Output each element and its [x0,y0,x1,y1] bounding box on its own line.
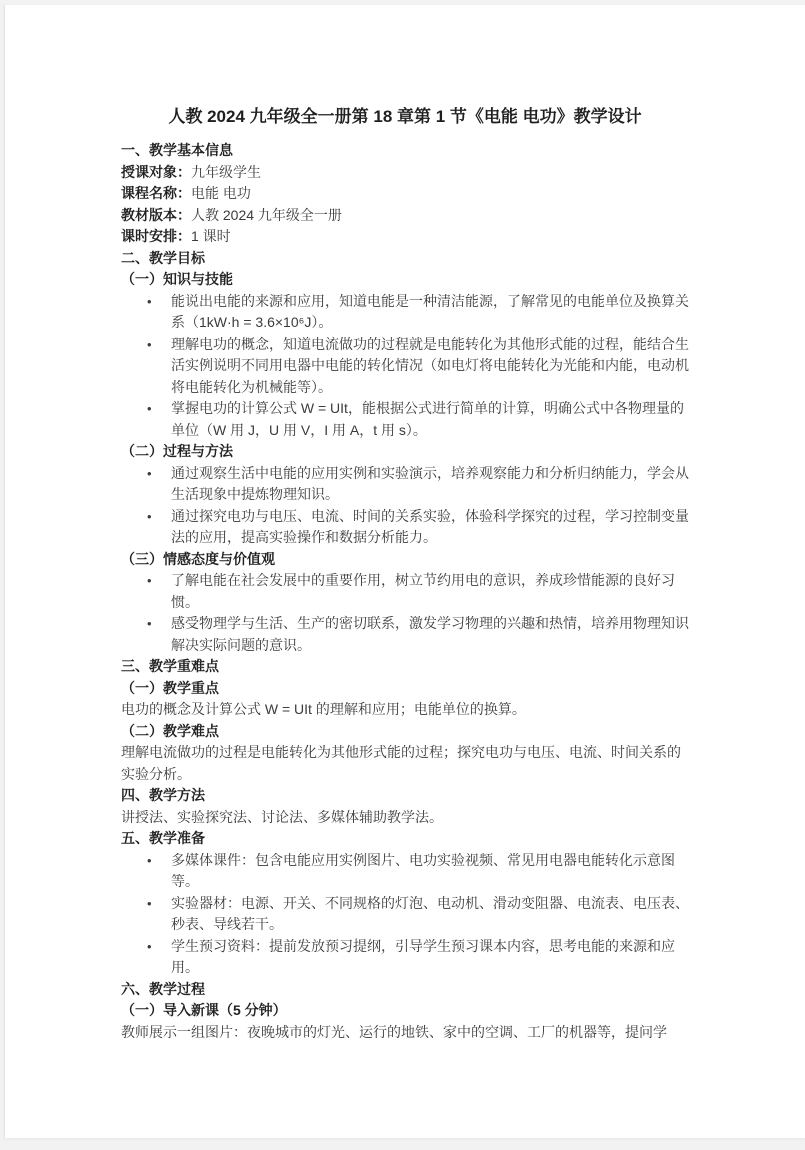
bullet-text: 通过观察生活中电能的应用实例和实验演示，培养观察能力和分析归纳能力，学会从生活现… [171,463,689,506]
bullet-item: •了解电能在社会发展中的重要作用，树立节约用电的意识，养成珍惜能源的良好习惯。 [121,570,689,613]
bullet-text: 掌握电功的计算公式 W = UIt，能根据公式进行简单的计算，明确公式中各物理量… [171,398,689,441]
sub-heading: （三）情感态度与价值观 [121,549,689,571]
sub-heading: （一）教学重点 [121,678,689,700]
bullet-icon: • [147,570,171,613]
sub-heading: （一）知识与技能 [121,269,689,291]
field-line: 课时安排：1 课时 [121,226,689,248]
bullet-item: •感受物理学与生活、生产的密切联系，激发学习物理的兴趣和热情，培养用物理知识解决… [121,613,689,656]
bullet-text: 实验器材：电源、开关、不同规格的灯泡、电动机、滑动变阻器、电流表、电压表、秒表、… [171,893,689,936]
document-title: 人教 2024 九年级全一册第 18 章第 1 节《电能 电功》教学设计 [121,104,689,130]
document-content: 人教 2024 九年级全一册第 18 章第 1 节《电能 电功》教学设计 一、教… [5,5,805,1043]
bullet-icon: • [147,850,171,893]
section-heading: 五、教学准备 [121,828,689,850]
bullet-icon: • [147,893,171,936]
section-heading: 一、教学基本信息 [121,140,689,162]
bullet-icon: • [147,506,171,549]
bullet-text: 多媒体课件：包含电能应用实例图片、电功实验视频、常见用电器电能转化示意图等。 [171,850,689,893]
bullet-item: •实验器材：电源、开关、不同规格的灯泡、电动机、滑动变阻器、电流表、电压表、秒表… [121,893,689,936]
bullet-item: •通过探究电功与电压、电流、时间的关系实验，体验科学探究的过程，学习控制变量法的… [121,506,689,549]
document-page: 人教 2024 九年级全一册第 18 章第 1 节《电能 电功》教学设计 一、教… [4,5,805,1138]
sub-heading: （二）过程与方法 [121,441,689,463]
paragraph: 理解电流做功的过程是电能转化为其他形式能的过程；探究电功与电压、电流、时间关系的… [121,742,689,785]
bullet-icon: • [147,613,171,656]
field-value: 1 课时 [191,228,231,244]
bullet-text: 学生预习资料：提前发放预习提纲，引导学生预习课本内容，思考电能的来源和应用。 [171,936,689,979]
bullet-item: •掌握电功的计算公式 W = UIt，能根据公式进行简单的计算，明确公式中各物理… [121,398,689,441]
bullet-text: 了解电能在社会发展中的重要作用，树立节约用电的意识，养成珍惜能源的良好习惯。 [171,570,689,613]
paragraph: 教师展示一组图片：夜晚城市的灯光、运行的地铁、家中的空调、工厂的机器等，提问学 [121,1022,689,1044]
bullet-item: •学生预习资料：提前发放预习提纲，引导学生预习课本内容，思考电能的来源和应用。 [121,936,689,979]
bullet-text: 能说出电能的来源和应用，知道电能是一种清洁能源，了解常见的电能单位及换算关系（1… [171,291,689,334]
field-label: 课时安排： [121,228,191,244]
field-line: 课程名称：电能 电功 [121,183,689,205]
field-label: 教材版本： [121,207,191,223]
field-value: 九年级学生 [191,164,261,180]
paragraph: 电功的概念及计算公式 W = UIt 的理解和应用；电能单位的换算。 [121,699,689,721]
section-heading: 六、教学过程 [121,979,689,1001]
bullet-item: •能说出电能的来源和应用，知道电能是一种清洁能源，了解常见的电能单位及换算关系（… [121,291,689,334]
paragraph: 讲授法、实验探究法、讨论法、多媒体辅助教学法。 [121,807,689,829]
field-label: 课程名称： [121,185,191,201]
bullet-icon: • [147,291,171,334]
field-line: 授课对象：九年级学生 [121,162,689,184]
bullet-item: •多媒体课件：包含电能应用实例图片、电功实验视频、常见用电器电能转化示意图等。 [121,850,689,893]
document-body: 一、教学基本信息授课对象：九年级学生课程名称：电能 电功教材版本：人教 2024… [121,140,689,1043]
section-heading: 三、教学重难点 [121,656,689,678]
bullet-icon: • [147,334,171,399]
bullet-icon: • [147,398,171,441]
bullet-item: •通过观察生活中电能的应用实例和实验演示，培养观察能力和分析归纳能力，学会从生活… [121,463,689,506]
bullet-icon: • [147,936,171,979]
field-label: 授课对象： [121,164,191,180]
field-value: 人教 2024 九年级全一册 [191,207,342,223]
bullet-text: 感受物理学与生活、生产的密切联系，激发学习物理的兴趣和热情，培养用物理知识解决实… [171,613,689,656]
bullet-icon: • [147,463,171,506]
field-value: 电能 电功 [191,185,251,201]
section-heading: 二、教学目标 [121,248,689,270]
sub-heading: （一）导入新课（5 分钟） [121,1000,689,1022]
field-line: 教材版本：人教 2024 九年级全一册 [121,205,689,227]
bullet-item: •理解电功的概念，知道电流做功的过程就是电能转化为其他形式能的过程，能结合生活实… [121,334,689,399]
sub-heading: （二）教学难点 [121,721,689,743]
bullet-text: 通过探究电功与电压、电流、时间的关系实验，体验科学探究的过程，学习控制变量法的应… [171,506,689,549]
section-heading: 四、教学方法 [121,785,689,807]
bullet-text: 理解电功的概念，知道电流做功的过程就是电能转化为其他形式能的过程，能结合生活实例… [171,334,689,399]
